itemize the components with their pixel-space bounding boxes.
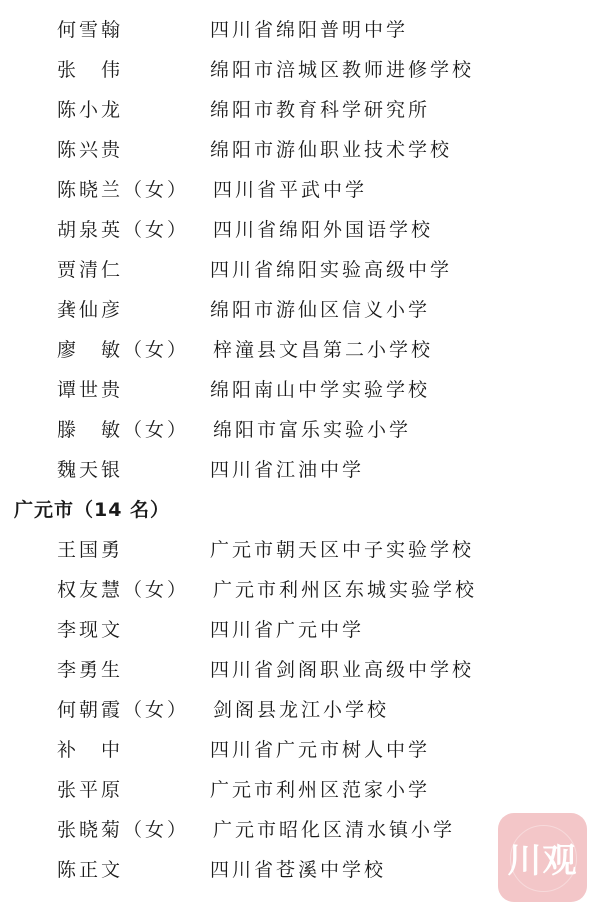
school-name: 绵阳市游仙区信义小学 [210, 290, 430, 330]
person-name: 补 中 [57, 730, 123, 770]
school-name: 广元市利州区范家小学 [210, 770, 430, 810]
school-name: 绵阳市教育科学研究所 [210, 90, 430, 130]
person-name: 张平原 [57, 770, 123, 810]
list-item: 何朝霞（女） 剑阁县龙江小学校 [0, 690, 597, 730]
person-name: 魏天银 [57, 450, 123, 490]
list-item: 王国勇 广元市朝天区中子实验学校 [0, 530, 597, 570]
person-name: 张晓菊（女） [57, 810, 189, 850]
watermark-text: 川观 [508, 833, 578, 882]
list-item: 魏天银 四川省江油中学 [0, 450, 597, 490]
list-item: 陈兴贵 绵阳市游仙职业技术学校 [0, 130, 597, 170]
school-name: 绵阳市涪城区教师进修学校 [210, 50, 474, 90]
school-name: 梓潼县文昌第二小学校 [213, 330, 433, 370]
list-item: 张 伟 绵阳市涪城区教师进修学校 [0, 50, 597, 90]
list-item: 何雪翰 四川省绵阳普明中学 [0, 10, 597, 50]
person-name: 陈兴贵 [57, 130, 123, 170]
school-name: 四川省绵阳普明中学 [210, 10, 408, 50]
award-list: 何雪翰 四川省绵阳普明中学 张 伟 绵阳市涪城区教师进修学校 陈小龙 绵阳市教育… [0, 10, 597, 890]
person-name: 权友慧（女） [57, 570, 189, 610]
list-item: 龚仙彦 绵阳市游仙区信义小学 [0, 290, 597, 330]
person-name: 廖 敏（女） [57, 330, 189, 370]
chuanguan-logo-watermark: 川观 [498, 813, 587, 902]
person-name: 何雪翰 [57, 10, 123, 50]
school-name: 四川省江油中学 [210, 450, 364, 490]
list-item: 谭世贵 绵阳南山中学实验学校 [0, 370, 597, 410]
person-name: 滕 敏（女） [57, 410, 189, 450]
school-name: 绵阳市游仙职业技术学校 [210, 130, 452, 170]
list-item: 李勇生 四川省剑阁职业高级中学校 [0, 650, 597, 690]
school-name: 四川省剑阁职业高级中学校 [210, 650, 474, 690]
list-item: 权友慧（女） 广元市利州区东城实验学校 [0, 570, 597, 610]
person-name: 贾清仁 [57, 250, 123, 290]
list-item: 廖 敏（女） 梓潼县文昌第二小学校 [0, 330, 597, 370]
person-name: 龚仙彦 [57, 290, 123, 330]
school-name: 广元市昭化区清水镇小学 [213, 810, 455, 850]
school-name: 四川省广元中学 [210, 610, 364, 650]
school-name: 四川省绵阳外国语学校 [213, 210, 433, 250]
person-name: 李勇生 [57, 650, 123, 690]
school-name: 剑阁县龙江小学校 [213, 690, 389, 730]
list-item: 李现文 四川省广元中学 [0, 610, 597, 650]
person-name: 陈小龙 [57, 90, 123, 130]
list-item: 贾清仁 四川省绵阳实验高级中学 [0, 250, 597, 290]
person-name: 谭世贵 [57, 370, 123, 410]
person-name: 王国勇 [57, 530, 123, 570]
school-name: 四川省平武中学 [213, 170, 367, 210]
person-name: 李现文 [57, 610, 123, 650]
person-name: 张 伟 [57, 50, 123, 90]
person-name: 陈晓兰（女） [57, 170, 189, 210]
list-item: 胡泉英（女） 四川省绵阳外国语学校 [0, 210, 597, 250]
section-heading-guangyuan: 广元市（14 名） [0, 490, 597, 530]
list-item: 补 中 四川省广元市树人中学 [0, 730, 597, 770]
person-name: 陈正文 [57, 850, 123, 890]
school-name: 四川省广元市树人中学 [210, 730, 430, 770]
list-item: 滕 敏（女） 绵阳市富乐实验小学 [0, 410, 597, 450]
school-name: 广元市利州区东城实验学校 [213, 570, 477, 610]
list-item: 陈小龙 绵阳市教育科学研究所 [0, 90, 597, 130]
list-item: 陈晓兰（女） 四川省平武中学 [0, 170, 597, 210]
school-name: 绵阳南山中学实验学校 [210, 370, 430, 410]
school-name: 四川省苍溪中学校 [210, 850, 386, 890]
person-name: 何朝霞（女） [57, 690, 189, 730]
school-name: 绵阳市富乐实验小学 [213, 410, 411, 450]
list-item: 张平原 广元市利州区范家小学 [0, 770, 597, 810]
person-name: 胡泉英（女） [57, 210, 189, 250]
school-name: 四川省绵阳实验高级中学 [210, 250, 452, 290]
school-name: 广元市朝天区中子实验学校 [210, 530, 474, 570]
